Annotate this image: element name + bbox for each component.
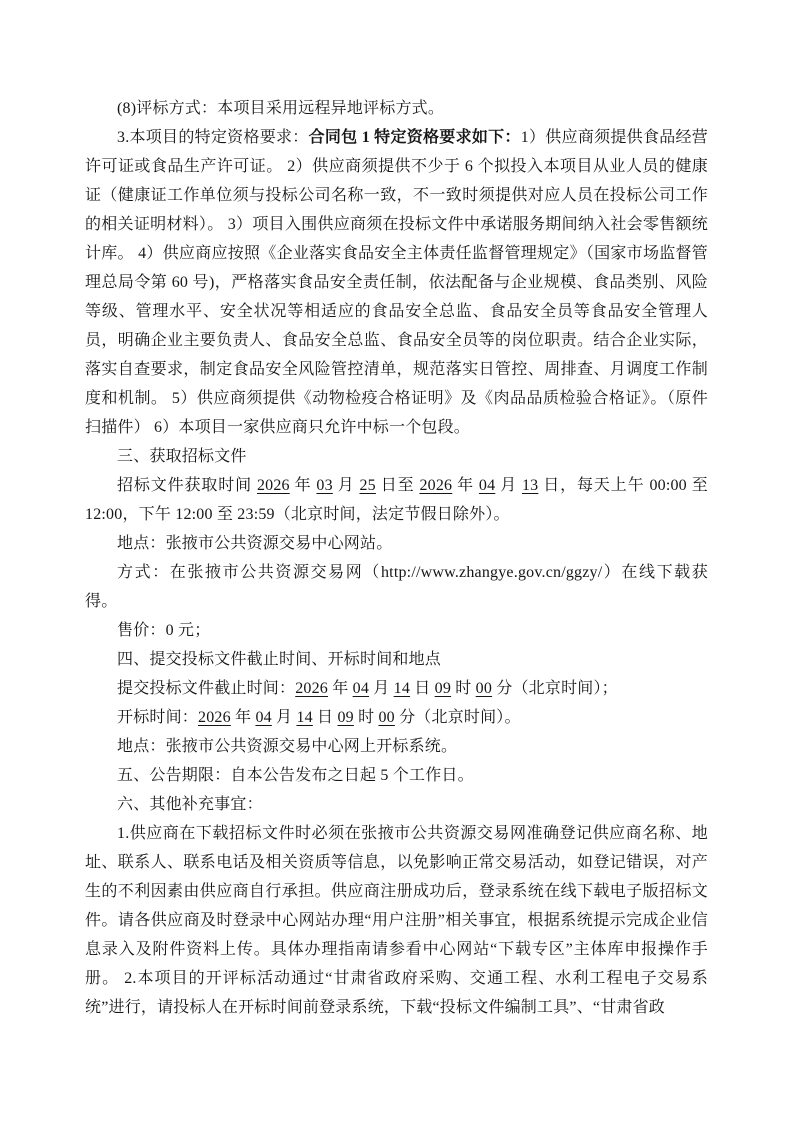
paragraph: 招标文件获取时间 2026 年 03 月 25 日至 2026 年 04 月 1… bbox=[85, 471, 708, 529]
text-run: 方式：在张掖市公共资源交易网（http://www.zhangye.gov.cn… bbox=[85, 564, 708, 610]
text-run: 三、获取招标文件 bbox=[117, 448, 247, 465]
document-body: (8)评标方式：本项目采用远程异地评标方式。3.本项目的特定资格要求：合同包 1… bbox=[85, 94, 708, 1022]
text-run: 时 bbox=[451, 680, 476, 697]
text-run: 招标文件获取时间 bbox=[117, 477, 257, 494]
paragraph: 方式：在张掖市公共资源交易网（http://www.zhangye.gov.cn… bbox=[85, 558, 708, 616]
text-run: 年 bbox=[452, 477, 479, 494]
underlined-text-run: 25 bbox=[359, 477, 375, 494]
paragraph: 售价：0 元； bbox=[85, 616, 708, 645]
text-run: 月 bbox=[369, 680, 394, 697]
underlined-text-run: 09 bbox=[337, 709, 353, 726]
underlined-text-run: 04 bbox=[479, 477, 495, 494]
underlined-text-run: 00 bbox=[476, 680, 492, 697]
text-run: 分（北京时间）。 bbox=[395, 709, 521, 726]
text-run: 日至 bbox=[376, 477, 420, 494]
text-run: 四、提交投标文件截止时间、开标时间和地点 bbox=[117, 651, 441, 668]
bold-text-run: 合同包 1 特定资格要求如下： bbox=[309, 129, 521, 146]
text-run: 时 bbox=[354, 709, 379, 726]
paragraph: 四、提交投标文件截止时间、开标时间和地点 bbox=[85, 645, 708, 674]
underlined-text-run: 2026 bbox=[198, 709, 231, 726]
paragraph: 1.供应商在下载招标文件时必须在张掖市公共资源交易网准确登记供应商名称、地址、联… bbox=[85, 819, 708, 1022]
paragraph: 五、公告期限：自本公告发布之日起 5 个工作日。 bbox=[85, 761, 708, 790]
underlined-text-run: 2026 bbox=[419, 477, 452, 494]
text-run: 地点：张掖市公共资源交易中心网站。 bbox=[117, 535, 392, 552]
underlined-text-run: 2026 bbox=[295, 680, 328, 697]
paragraph: 六、其他补充事宜： bbox=[85, 790, 708, 819]
paragraph: 提交投标文件截止时间：2026 年 04 月 14 日 09 时 00 分（北京… bbox=[85, 674, 708, 703]
text-run: 1.供应商在下载招标文件时必须在张掖市公共资源交易网准确登记供应商名称、地址、联… bbox=[85, 825, 708, 1016]
text-run: (8)评标方式：本项目采用远程异地评标方式。 bbox=[117, 100, 444, 117]
paragraph: (8)评标方式：本项目采用远程异地评标方式。 bbox=[85, 94, 708, 123]
underlined-text-run: 14 bbox=[394, 680, 410, 697]
text-run: 分（北京时间）； bbox=[492, 680, 618, 697]
text-run: 月 bbox=[272, 709, 297, 726]
text-run: 年 bbox=[328, 680, 353, 697]
underlined-text-run: 14 bbox=[296, 709, 312, 726]
text-run: 提交投标文件截止时间： bbox=[117, 680, 295, 697]
underlined-text-run: 13 bbox=[522, 477, 538, 494]
text-run: 六、其他补充事宜： bbox=[117, 796, 263, 813]
text-run: 3.本项目的特定资格要求： bbox=[117, 129, 309, 146]
underlined-text-run: 04 bbox=[353, 680, 369, 697]
paragraph: 地点：张掖市公共资源交易中心网上开标系统。 bbox=[85, 732, 708, 761]
paragraph: 三、获取招标文件 bbox=[85, 442, 708, 471]
text-run: 年 bbox=[231, 709, 256, 726]
text-run: 日 bbox=[410, 680, 435, 697]
text-run: 月 bbox=[333, 477, 360, 494]
text-run: 年 bbox=[290, 477, 317, 494]
underlined-text-run: 03 bbox=[316, 477, 332, 494]
text-run: 五、公告期限：自本公告发布之日起 5 个工作日。 bbox=[117, 767, 474, 784]
paragraph: 3.本项目的特定资格要求：合同包 1 特定资格要求如下：1）供应商须提供食品经营… bbox=[85, 123, 708, 442]
text-run: 1）供应商须提供食品经营许可证或食品生产许可证。 2）供应商须提供不少于 6 个… bbox=[85, 129, 708, 436]
document-page: (8)评标方式：本项目采用远程异地评标方式。3.本项目的特定资格要求：合同包 1… bbox=[0, 0, 793, 1122]
text-run: 地点：张掖市公共资源交易中心网上开标系统。 bbox=[117, 738, 457, 755]
underlined-text-run: 04 bbox=[255, 709, 271, 726]
text-run: 日 bbox=[313, 709, 338, 726]
text-run: 月 bbox=[495, 477, 522, 494]
text-run: 售价：0 元； bbox=[117, 622, 210, 639]
paragraph: 地点：张掖市公共资源交易中心网站。 bbox=[85, 529, 708, 558]
underlined-text-run: 2026 bbox=[257, 477, 290, 494]
underlined-text-run: 09 bbox=[435, 680, 451, 697]
text-run: 开标时间： bbox=[117, 709, 198, 726]
underlined-text-run: 00 bbox=[378, 709, 394, 726]
paragraph: 开标时间：2026 年 04 月 14 日 09 时 00 分（北京时间）。 bbox=[85, 703, 708, 732]
